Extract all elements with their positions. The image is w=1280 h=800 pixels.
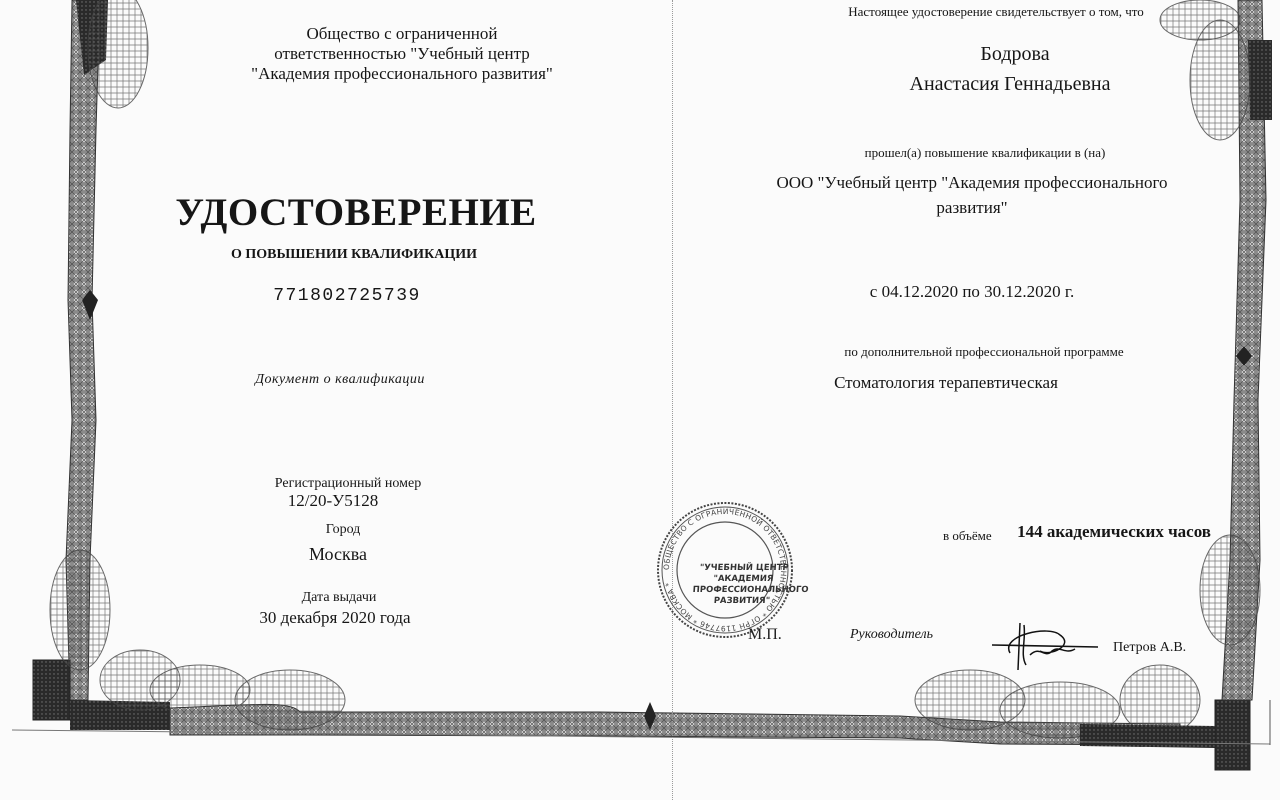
document-type: Документ о квалификации (255, 372, 425, 388)
page-fold (672, 0, 673, 800)
document-title: УДОСТОВЕРЕНИЕ (175, 190, 536, 235)
issue-date-label: Дата выдачи (302, 590, 377, 606)
registration-label: Регистрационный номер (275, 476, 421, 492)
program-label: по дополнительной профессиональной прогр… (844, 344, 1123, 360)
volume-label: в объёме (943, 528, 992, 544)
city-value: Москва (309, 544, 367, 565)
document-number: 771802725739 (273, 286, 421, 306)
hours-value: 144 академических часов (1017, 522, 1211, 542)
document-subtitle: О ПОВЫШЕНИИ КВАЛИФИКАЦИИ (231, 247, 477, 263)
seal-mark: М.П. (748, 626, 782, 644)
head-label: Руководитель (850, 627, 933, 643)
certificate-scan: Общество с ограниченной ответственностью… (0, 0, 1280, 800)
registration-number: 12/20-У5128 (288, 491, 378, 511)
stamp-center-text: "УЧЕБНЫЙ ЦЕНТР "АКАДЕМИЯ ПРОФЕССИОНАЛЬНО… (691, 563, 794, 607)
city-label: Город (326, 522, 361, 538)
signature-icon (990, 615, 1100, 675)
program-name: Стоматология терапевтическая (834, 373, 1058, 393)
issuer-organization: Общество с ограниченной ответственностью… (242, 24, 562, 84)
holder-name: Анастасия Геннадьевна (910, 73, 1111, 96)
training-organization: ООО "Учебный центр "Академия профессиона… (742, 170, 1202, 220)
training-period: с 04.12.2020 по 30.12.2020 г. (870, 282, 1074, 302)
ornamental-border (0, 0, 1280, 800)
issue-date: 30 декабря 2020 года (259, 608, 410, 628)
passed-text: прошел(а) повышение квалификации в (на) (865, 145, 1106, 161)
holder-surname: Бодрова (980, 43, 1049, 66)
testifies-text: Настоящее удостоверение свидетельствует … (848, 4, 1143, 20)
head-name: Петров А.В. (1113, 640, 1186, 656)
